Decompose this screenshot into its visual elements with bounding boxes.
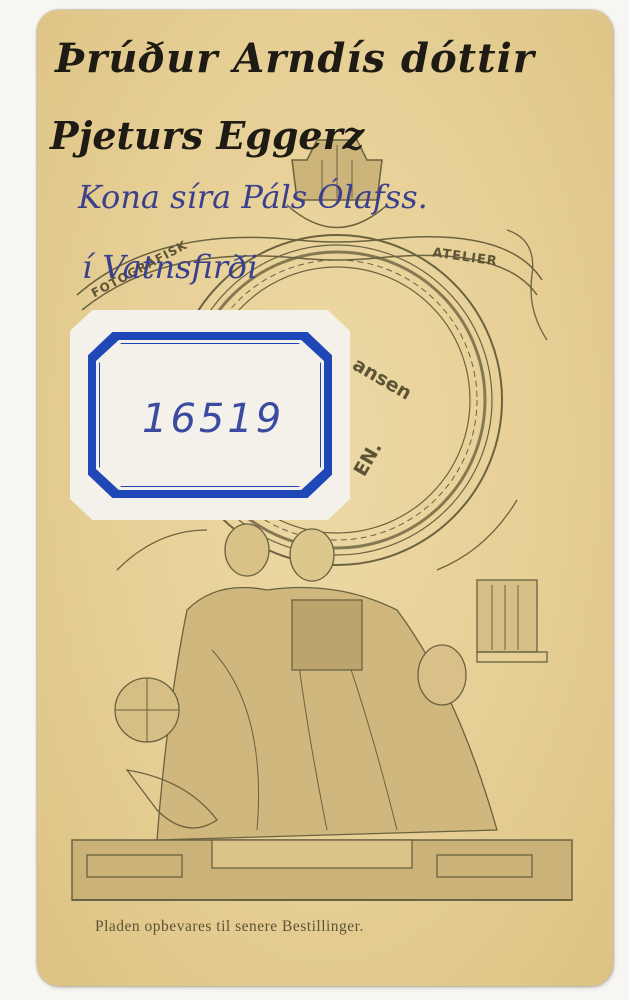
archive-label: 16519 xyxy=(70,310,350,520)
archive-number: 16519 xyxy=(142,396,284,442)
footer-caption: Pladen opbevares til senere Bestillinger… xyxy=(95,918,364,936)
archive-label-border: 16519 xyxy=(88,332,332,498)
handwritten-name-line: Þrúður Arndís dóttir xyxy=(55,35,535,82)
handwritten-father-line: Pjeturs Eggerz xyxy=(50,113,364,158)
drawing-tablet xyxy=(292,600,362,670)
handwritten-place-line: í Vatnsfirði xyxy=(82,248,258,286)
handwritten-spouse-line: Kona síra Páls Ólafss. xyxy=(78,178,428,216)
